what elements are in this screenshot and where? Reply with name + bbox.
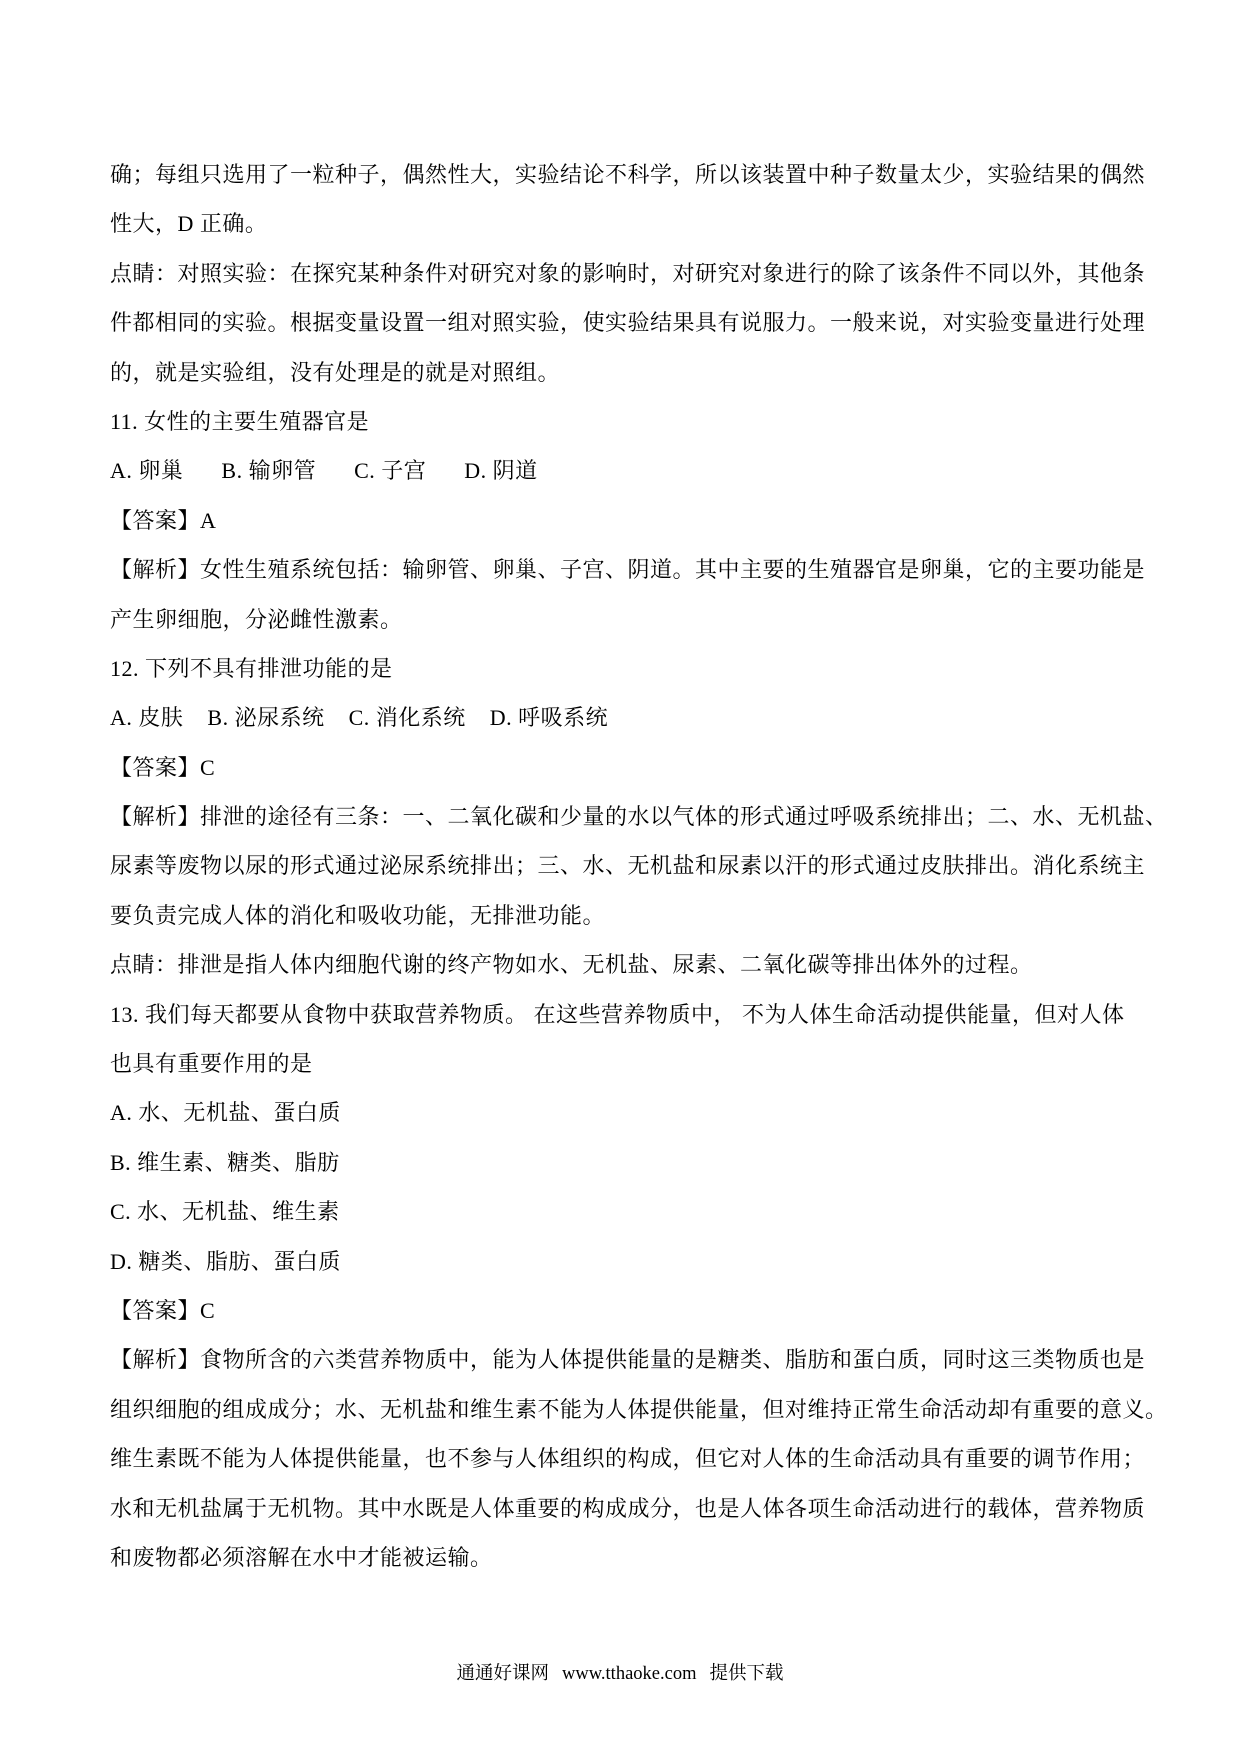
analysis-line: 要负责完成人体的消化和吸收功能，无排泄功能。: [110, 891, 1126, 940]
answer-line: 【答案】C: [110, 743, 1126, 792]
footer: 通通好课网 www.tthaoke.com 提供下载: [0, 1660, 1240, 1688]
option-item: A. 皮肤: [110, 693, 183, 742]
question-10-explanation-tail: 确；每组只选用了一粒种子，偶然性大，实验结论不科学，所以该装置中种子数量太少，实…: [110, 150, 1126, 397]
analysis-line: 和废物都必须溶解在水中才能被运输。: [110, 1533, 1126, 1582]
question-11-block: 11. 女性的主要生殖器官是 A. 卵巢 B. 输卵管 C. 子宫 D. 阴道 …: [110, 397, 1126, 644]
option-item: B. 泌尿系统: [207, 693, 324, 742]
analysis-line: 性大，D 正确。: [110, 199, 1126, 248]
analysis-line: 【解析】食物所含的六类营养物质中，能为人体提供能量的是糖类、脂肪和蛋白质，同时这…: [110, 1335, 1126, 1384]
footer-download-label: 提供下载: [709, 1660, 783, 1688]
option-item: C. 子宫: [354, 446, 426, 495]
analysis-line: 维生素既不能为人体提供能量，也不参与人体组织的构成，但它对人体的生命活动具有重要…: [110, 1434, 1126, 1483]
tip-line: 点睛：排泄是指人体内细胞代谢的终产物如水、无机盐、尿素、二氧化碳等排出体外的过程…: [110, 940, 1126, 989]
question-13-block: 13. 我们每天都要从食物中获取营养物质。 在这些营养物质中， 不为人体生命活动…: [110, 990, 1126, 1583]
answer-line: 【答案】C: [110, 1286, 1126, 1335]
tip-line: 点睛：对照实验：在探究某种条件对研究对象的影响时，对研究对象进行的除了该条件不同…: [110, 249, 1126, 298]
document-body: 确；每组只选用了一粒种子，偶然性大，实验结论不科学，所以该装置中种子数量太少，实…: [110, 150, 1126, 1582]
analysis-line: 尿素等废物以尿的形式通过泌尿系统排出；三、水、无机盐和尿素以汗的形式通过皮肤排出…: [110, 841, 1126, 890]
analysis-line: 组织细胞的组成成分；水、无机盐和维生素不能为人体提供能量，但对维持正常生命活动却…: [110, 1385, 1126, 1434]
footer-url: www.tthaoke.com: [562, 1660, 696, 1688]
question-stem: 13. 我们每天都要从食物中获取营养物质。 在这些营养物质中， 不为人体生命活动…: [110, 990, 1126, 1039]
analysis-line: 水和无机盐属于无机物。其中水既是人体重要的构成成分，也是人体各项生命活动进行的载…: [110, 1484, 1126, 1533]
option-item: D. 糖类、脂肪、蛋白质: [110, 1237, 1126, 1286]
option-item: D. 阴道: [464, 446, 537, 495]
analysis-line: 确；每组只选用了一粒种子，偶然性大，实验结论不科学，所以该装置中种子数量太少，实…: [110, 150, 1126, 199]
question-stem: 12. 下列不具有排泄功能的是: [110, 644, 1126, 693]
analysis-line: 【解析】女性生殖系统包括：输卵管、卵巢、子宫、阴道。其中主要的生殖器官是卵巢，它…: [110, 545, 1126, 594]
options-row: A. 皮肤 B. 泌尿系统 C. 消化系统 D. 呼吸系统: [110, 693, 1126, 742]
answer-line: 【答案】A: [110, 496, 1126, 545]
question-stem: 也具有重要作用的是: [110, 1039, 1126, 1088]
tip-line: 的，就是实验组，没有处理是的就是对照组。: [110, 348, 1126, 397]
analysis-line: 产生卵细胞，分泌雌性激素。: [110, 595, 1126, 644]
tip-line: 件都相同的实验。根据变量设置一组对照实验，使实验结果具有说服力。一般来说，对实验…: [110, 298, 1126, 347]
option-item: A. 卵巢: [110, 446, 183, 495]
option-item: A. 水、无机盐、蛋白质: [110, 1088, 1126, 1137]
footer-site-name: 通通好课网: [457, 1660, 550, 1688]
option-item: D. 呼吸系统: [490, 693, 608, 742]
question-stem: 11. 女性的主要生殖器官是: [110, 397, 1126, 446]
option-item: B. 维生素、糖类、脂肪: [110, 1138, 1126, 1187]
options-row: A. 卵巢 B. 输卵管 C. 子宫 D. 阴道: [110, 446, 1126, 495]
question-12-block: 12. 下列不具有排泄功能的是 A. 皮肤 B. 泌尿系统 C. 消化系统 D.…: [110, 644, 1126, 990]
option-item: B. 输卵管: [221, 446, 316, 495]
option-item: C. 消化系统: [349, 693, 466, 742]
option-item: C. 水、无机盐、维生素: [110, 1187, 1126, 1236]
analysis-line: 【解析】排泄的途径有三条：一、二氧化碳和少量的水以气体的形式通过呼吸系统排出；二…: [110, 792, 1126, 841]
